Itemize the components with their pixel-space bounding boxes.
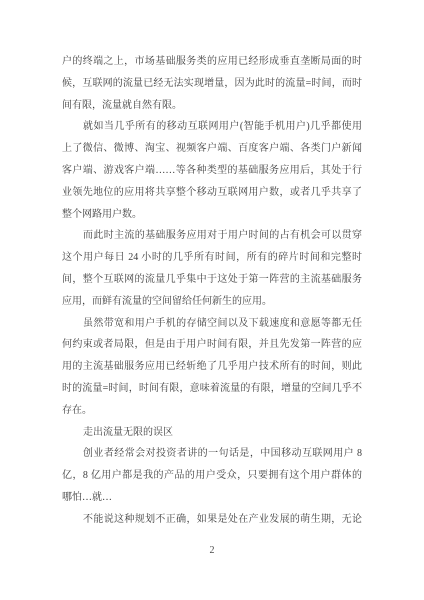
- text-line: 时的流量=时间，时间有限，意味着流量的有限，增量的空间几乎不: [62, 378, 362, 400]
- text-line: 就如当几乎所有的移动互联网用户(智能手机用户)几乎都使用: [62, 116, 362, 138]
- page-number: 2: [0, 545, 424, 556]
- text-line: 亿，8 亿用户都是我的产品的用户受众，只要拥有这个用户群体的: [62, 465, 362, 487]
- text-line: 候，互联网的流量已经无法实现增量，因为此时的流量=时间，而时: [62, 73, 362, 95]
- text-line: 上了微信、微博、淘宝、视频客户端、百度客户端、各类门户新闻: [62, 138, 362, 160]
- text-line: 用的主流基础服务应用已经斩绝了几乎用户技术所有的时间，则此: [62, 356, 362, 378]
- text-line: 户的终端之上，市场基础服务类的应用已经形成垂直垄断局面的时: [62, 51, 362, 73]
- text-line: 整个网路用户数。: [62, 204, 362, 226]
- text-line: 间有限，流量就自然有限。: [62, 95, 362, 117]
- text-line: 而此时主流的基础服务应用对于用户时间的占有机会可以贯穿: [62, 225, 362, 247]
- text-line: 应用，而鲜有流量的空间留给任何新生的应用。: [62, 291, 362, 313]
- text-line: 这个用户每日 24 小时的几乎所有时间，所有的碎片时间和完整时: [62, 247, 362, 269]
- text-line: 走出流量无限的误区: [62, 422, 362, 444]
- text-line: 业领先地位的应用将共享整个移动互联网用户数，或者几乎共享了: [62, 182, 362, 204]
- text-line: 间，整个互联网的流量几乎集中于这处于第一阵营的主流基础服务: [62, 269, 362, 291]
- text-block: 户的终端之上，市场基础服务类的应用已经形成垂直垄断局面的时候，互联网的流量已经无…: [62, 51, 362, 531]
- text-line: 不能说这种规划不正确，如果是处在产业发展的萌生期，无论: [62, 509, 362, 531]
- text-line: 虽然带宽和用户手机的存储空间以及下载速度和意愿等都无任: [62, 313, 362, 335]
- text-line: 哪怕…就…: [62, 487, 362, 509]
- document-page: 户的终端之上，市场基础服务类的应用已经形成垂直垄断局面的时候，互联网的流量已经无…: [0, 0, 424, 600]
- text-line: 何约束或者局限，但是由于用户时间有限，并且先发第一阵营的应: [62, 334, 362, 356]
- text-line: 客户端、游戏客户端……等各种类型的基础服务应用后，其处于行: [62, 160, 362, 182]
- text-line: 存在。: [62, 400, 362, 422]
- text-line: 创业者经常会对投资者讲的一句话是，中国移动互联网用户 8: [62, 443, 362, 465]
